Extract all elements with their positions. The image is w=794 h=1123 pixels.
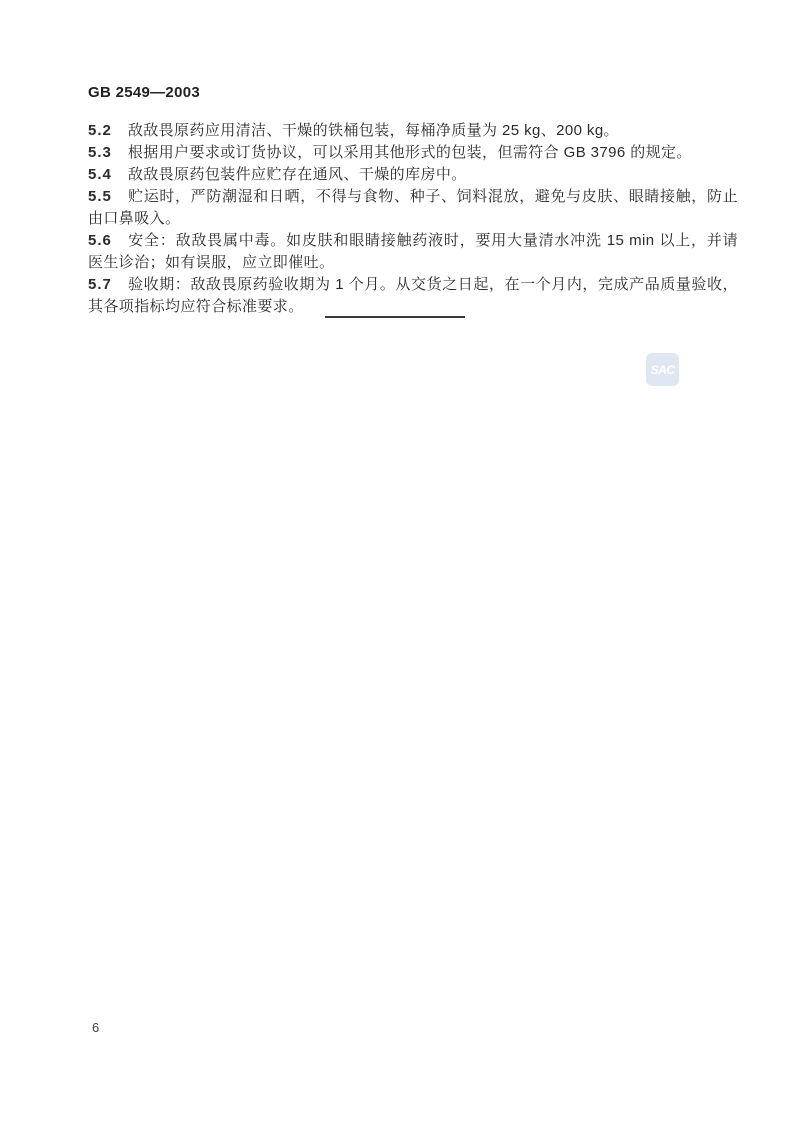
clause-number: 5.4 xyxy=(88,164,112,186)
clause-number: 5.3 xyxy=(88,142,112,164)
clause-5-3: 5.3根据用户要求或订货协议，可以采用其他形式的包装，但需符合 GB 3796 … xyxy=(88,142,738,164)
clause-5-6: 5.6安全：敌敌畏属中毒。如皮肤和眼睛接触药液时，要用大量清水冲洗 15 min… xyxy=(88,230,738,274)
clause-5-5: 5.5贮运时，严防潮湿和日晒，不得与食物、种子、饲料混放，避免与皮肤、眼睛接触，… xyxy=(88,186,738,230)
clause-text: 安全：敌敌畏属中毒。如皮肤和眼睛接触药液时，要用大量清水冲洗 15 min 以上… xyxy=(88,232,738,271)
clause-5-2: 5.2敌敌畏原药应用清洁、干燥的铁桶包装，每桶净质量为 25 kg、200 kg… xyxy=(88,120,738,142)
clause-number: 5.5 xyxy=(88,186,112,208)
clause-5-7: 5.7验收期：敌敌畏原药验收期为 1 个月。从交货之日起，在一个月内，完成产品质… xyxy=(88,274,738,318)
clause-text: 敌敌畏原药包装件应贮存在通风、干燥的库房中。 xyxy=(128,166,467,183)
sac-logo-icon: SAC xyxy=(651,363,675,377)
clauses-block: 5.2敌敌畏原药应用清洁、干燥的铁桶包装，每桶净质量为 25 kg、200 kg… xyxy=(88,120,738,318)
document-page: GB 2549—2003 5.2敌敌畏原药应用清洁、干燥的铁桶包装，每桶净质量为… xyxy=(0,0,794,1123)
clause-text: 敌敌畏原药应用清洁、干燥的铁桶包装，每桶净质量为 25 kg、200 kg。 xyxy=(128,122,619,139)
page-number: 6 xyxy=(92,1020,99,1035)
clause-text: 验收期：敌敌畏原药验收期为 1 个月。从交货之日起，在一个月内，完成产品质量验收… xyxy=(88,276,738,315)
end-of-text-rule xyxy=(325,316,465,318)
clause-number: 5.2 xyxy=(88,120,112,142)
clause-text: 贮运时，严防潮湿和日晒，不得与食物、种子、饲料混放，避免与皮肤、眼睛接触，防止由… xyxy=(88,188,738,227)
clause-number: 5.7 xyxy=(88,274,112,296)
sac-watermark-logo: SAC xyxy=(646,353,679,386)
clause-number: 5.6 xyxy=(88,230,112,252)
standard-number-header: GB 2549—2003 xyxy=(88,84,200,101)
clause-text: 根据用户要求或订货协议，可以采用其他形式的包装，但需符合 GB 3796 的规定… xyxy=(128,144,692,161)
clause-5-4: 5.4敌敌畏原药包装件应贮存在通风、干燥的库房中。 xyxy=(88,164,738,186)
